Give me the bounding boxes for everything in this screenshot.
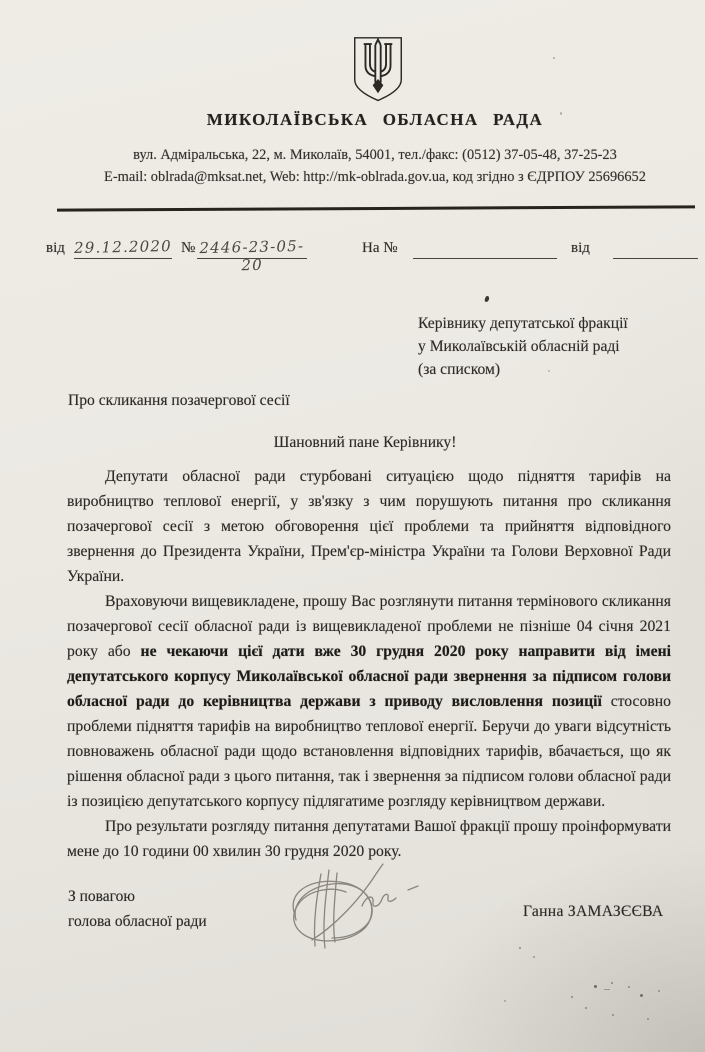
closing-position-line: голова обласної ради	[68, 913, 207, 931]
reply-to-number-label: На №	[362, 240, 398, 257]
handwritten-signature	[266, 854, 434, 962]
letter-body: Депутати обласної ради стурбовані ситуац…	[67, 464, 671, 864]
outgoing-date-label: від	[46, 240, 65, 257]
body-paragraph-2-normal-end: стосовно проблеми підняття тарифів на ви…	[67, 693, 671, 810]
recipient-line: (за списком)	[418, 358, 668, 381]
recipient-block: Керівнику депутатської фракції у Миколаї…	[418, 312, 668, 381]
organization-name: МИКОЛАЇВСЬКА ОБЛАСНА РАДА	[40, 110, 705, 130]
salutation-line: Шановний пане Керівнику!	[40, 434, 690, 452]
letterhead-contact-line: E-mail: oblrada@mksat.net, Web: http://m…	[40, 169, 705, 186]
subject-line: Про скликання позачергової сесії	[68, 392, 290, 410]
letterhead-address-line: вул. Адміральська, 22, м. Миколаїв, 5400…	[40, 147, 705, 164]
outgoing-number-label: №	[181, 240, 195, 257]
trident-emblem-icon	[350, 36, 406, 104]
body-paragraph-2: Враховуючи вищевикладене, прошу Вас розг…	[67, 589, 671, 814]
body-paragraph-2-bold: не чекаючи цієї дати вже 30 грудня 2020 …	[67, 643, 671, 710]
reply-to-date-underline	[613, 240, 698, 259]
body-paragraph-1: Депутати обласної ради стурбовані ситуац…	[67, 464, 671, 589]
reply-to-number-underline	[413, 240, 557, 259]
recipient-line: Керівнику депутатської фракції	[418, 312, 668, 335]
outgoing-date-handwritten-value: 29.12.2020	[74, 237, 172, 257]
outgoing-number-handwritten-value: 2446-23-05-20	[197, 237, 308, 275]
reply-to-date-label: від	[571, 240, 590, 257]
signer-name: Ганна ЗАМАЗЄЄВА	[523, 903, 663, 921]
recipient-line: у Миколаївській обласній раді	[418, 335, 668, 358]
closing-respect-line: З повагою	[68, 888, 135, 906]
